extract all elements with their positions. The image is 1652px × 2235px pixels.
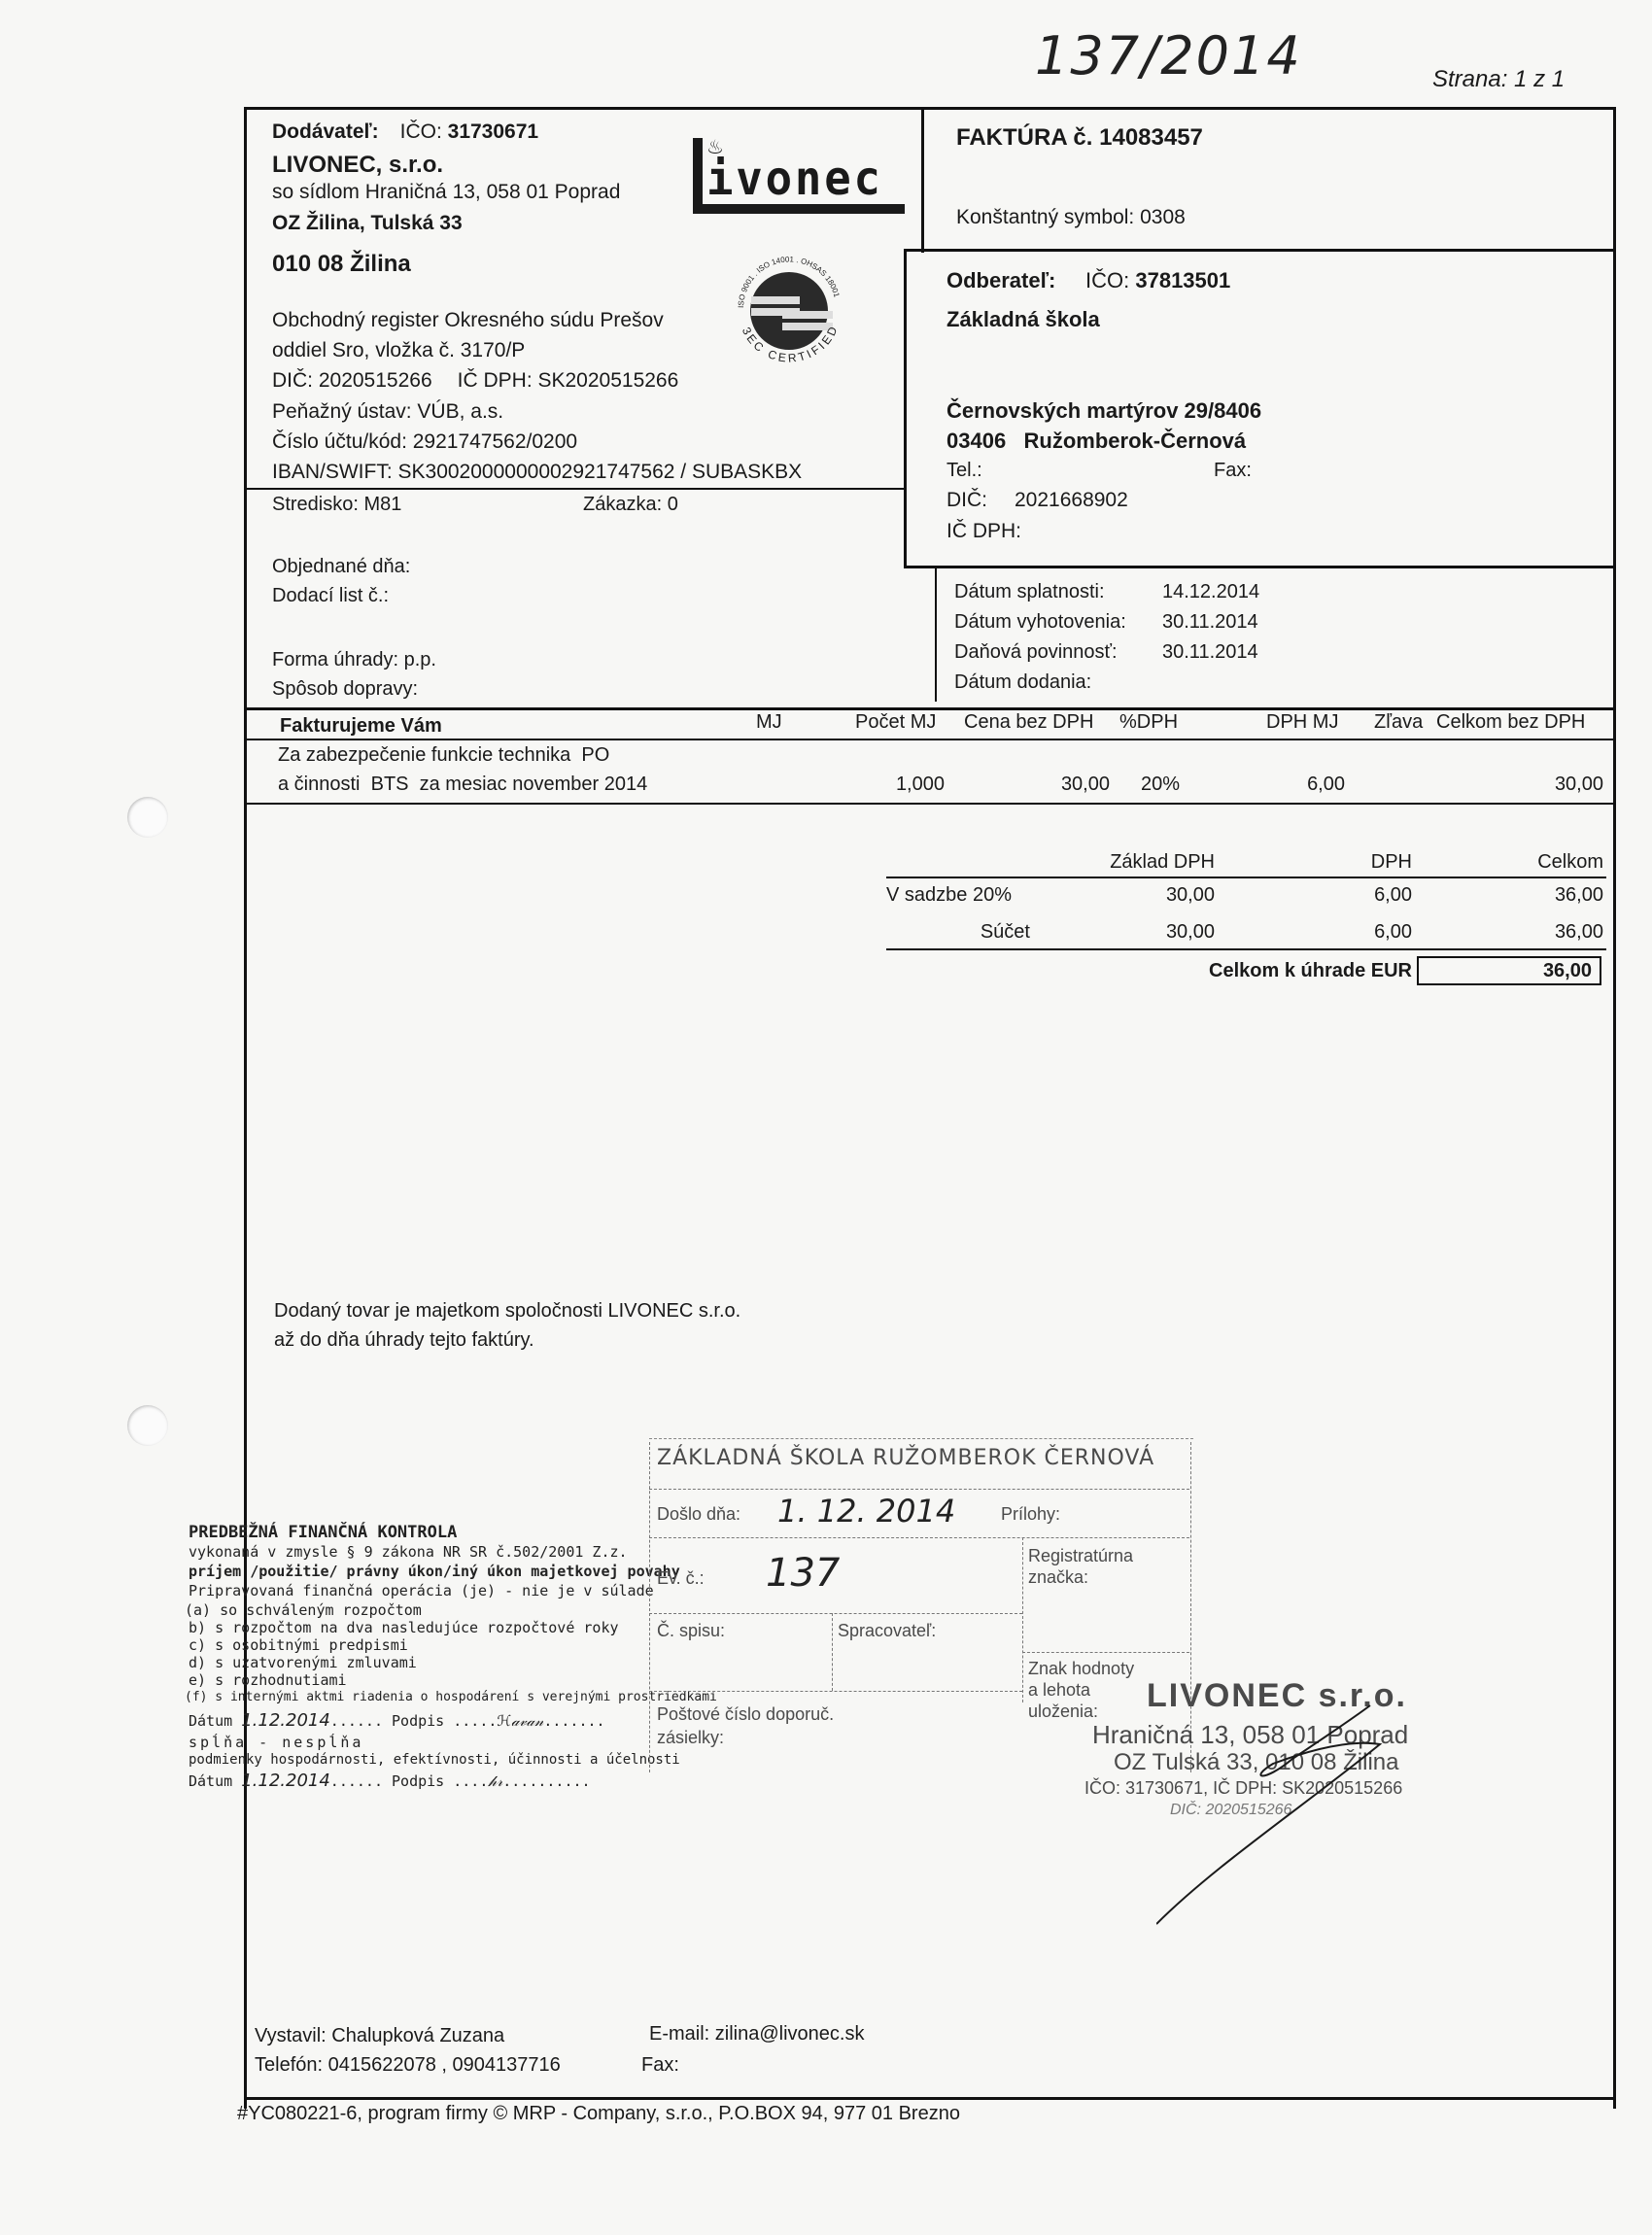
item-description-line-2: a činnosti BTS za mesiac november 2014 <box>278 774 647 796</box>
delivery-date-label: Dátum dodania: <box>954 671 1091 694</box>
signature-2: 𝒽𝓇 <box>488 1772 502 1790</box>
item-vat-mj: 6,00 <box>1263 774 1345 796</box>
control-item-d: d) s uzatvorenými zmluvami <box>189 1654 417 1671</box>
summary-sum-vat: 6,00 <box>1263 921 1412 944</box>
supplier-city: 010 08 Žilina <box>272 251 411 278</box>
received-date: 1. 12. 2014 <box>777 1493 955 1530</box>
control-date-2: Dátum 1.12.2014...... Podpis ....𝒽𝓇.....… <box>189 1772 591 1790</box>
supplier-bank: Peňažný ústav: VÚB, a.s. <box>272 400 503 424</box>
frame-bottom-border <box>244 2097 1616 2100</box>
software-footer: #YC080221-6, program firmy © MRP - Compa… <box>237 2103 960 2125</box>
items-header-bottom-border <box>244 739 1616 740</box>
control-line-4: spĺňa - nespĺňa <box>189 1734 363 1751</box>
customer-label: Odberateľ: <box>946 268 1055 293</box>
control-item-a: (a) so schváleným rozpočtom <box>185 1601 422 1619</box>
payment-method: Forma úhrady: p.p. <box>272 649 436 671</box>
due-date-label: Dátum splatnosti: <box>954 581 1105 603</box>
control-line-5: podmienky hospodárnosti, efektívnosti, ú… <box>189 1751 680 1769</box>
supplier-branch: OZ Žilina, Tulská 33 <box>272 212 463 235</box>
customer-name: Základná škola <box>946 307 1100 332</box>
summary-rate-vat: 6,00 <box>1263 884 1412 907</box>
item-vat-pct: 20% <box>1141 774 1180 796</box>
attachments-label: Prílohy: <box>1001 1504 1060 1525</box>
ev-label: Ev. č.: <box>657 1568 705 1589</box>
tax-date-value: 30.11.2014 <box>1162 641 1258 664</box>
registry-mark-label: Registratúrna značka: <box>1028 1545 1145 1588</box>
summary-rate-base: 30,00 <box>1020 884 1215 907</box>
issuer-fax: Fax: <box>641 2054 679 2077</box>
frame-top-border <box>244 107 1616 110</box>
summary-rate-total: 36,00 <box>1458 884 1603 907</box>
summary-sum-label: Súčet <box>886 921 1030 944</box>
item-description-line-1: Za zabezpečenie funkcie technika PO <box>278 744 609 767</box>
constant-symbol: Konštantný symbol: 0308 <box>956 206 1186 229</box>
punch-hole <box>127 797 168 838</box>
item-total: 30,00 <box>1458 774 1603 796</box>
postal-label: Poštové číslo doporuč. zásielky: <box>657 1702 842 1749</box>
customer-fax: Fax: <box>1214 460 1252 482</box>
signature-stroke <box>1156 1701 1390 1934</box>
summary-header-rule <box>886 877 1606 878</box>
dates-box-left-border <box>935 566 937 702</box>
control-item-f: (f) s internými aktmi riadenia o hospodá… <box>185 1689 717 1706</box>
issuer-phone: Telefón: 0415622078 , 0904137716 <box>255 2054 561 2077</box>
order-number: Zákazka: 0 <box>583 494 678 516</box>
control-item-c: c) s osobitnými predpismi <box>189 1636 408 1654</box>
supplier-name: LIVONEC, s.r.o. <box>272 152 443 179</box>
control-date-1: Dátum 1.12.2014...... Podpis .....ℋ𝒶𝓋𝒶𝓃.… <box>189 1712 605 1730</box>
supplier-register-1: Obchodný register Okresného súdu Prešov <box>272 309 664 332</box>
control-line-2: príjem /použitie/ právny úkon/iný úkon m… <box>189 1563 680 1580</box>
items-header-top-border <box>244 707 1616 710</box>
col-header-price: Cena bez DPH <box>964 711 1093 734</box>
issuer-email: E-mail: zilina@livonec.sk <box>649 2023 864 2046</box>
customer-city: 03406 Ružomberok-Černová <box>946 429 1246 454</box>
control-title: PREDBEŽNÁ FINANČNÁ KONTROLA <box>189 1524 457 1541</box>
control-line-1: vykonaná v zmysle § 9 zákona NR SR č.502… <box>189 1543 628 1561</box>
summary-header-base: Základ DPH <box>1020 851 1215 874</box>
supplier-account: Číslo účtu/kód: 2921747562/0200 <box>272 430 577 454</box>
handwritten-registry-number: 137/2014 <box>1035 25 1302 86</box>
col-header-qty: Počet MJ <box>855 711 936 734</box>
supplier-block-separator <box>244 488 907 490</box>
ownership-note-line-2: až do dňa úhrady tejto faktúry. <box>274 1329 534 1352</box>
issued-by: Vystavil: Chalupková Zuzana <box>255 2025 504 2047</box>
ownership-note-line-1: Dodaný tovar je majetkom spoločnosti LIV… <box>274 1300 740 1323</box>
customer-tel: Tel.: <box>946 460 982 482</box>
livonec-logo: ♨ ivonec <box>693 138 905 214</box>
summary-total-rule <box>886 948 1606 950</box>
control-item-b: b) s rozpočtom na dva nasledujúce rozpoč… <box>189 1619 619 1636</box>
control-item-e: e) s rozhodnutiami <box>189 1671 347 1689</box>
issue-date-value: 30.11.2014 <box>1162 611 1258 634</box>
supplier-seat: so sídlom Hraničná 13, 058 01 Poprad <box>272 181 620 204</box>
issue-date-label: Dátum vyhotovenia: <box>954 611 1126 634</box>
summary-header-vat: DPH <box>1263 851 1412 874</box>
invoice-box-left-border <box>921 107 924 253</box>
item-qty: 1,000 <box>855 774 945 796</box>
supplier-label: Dodávateľ:IČO: 31730671 <box>272 120 538 144</box>
punch-hole <box>127 1405 168 1446</box>
due-date-value: 14.12.2014 <box>1162 581 1259 603</box>
delivery-note: Dodací list č.: <box>272 585 389 607</box>
summary-rate-label: V sadzbe 20% <box>886 884 1012 907</box>
signature-1: ℋ𝒶𝓋𝒶𝓃 <box>497 1712 543 1730</box>
col-header-discount: Zľava <box>1374 711 1423 734</box>
certification-seal-icon: ISO 9001 . ISO 14001 . OHSAS 18001 3EC C… <box>724 243 855 374</box>
invoice-box-bottom-border <box>904 249 1616 252</box>
customer-box-left-border <box>904 249 907 567</box>
control-line-3: Pripravovaná finančná operácia (je) - ni… <box>189 1582 654 1599</box>
amount-due-label: Celkom k úhrade EUR <box>1069 960 1412 982</box>
summary-header-total: Celkom <box>1458 851 1603 874</box>
supplier-register-2: oddiel Sro, vložka č. 3170/P <box>272 339 525 362</box>
ev-number: 137 <box>766 1551 840 1596</box>
tax-date-label: Daňová povinnosť: <box>954 641 1118 664</box>
supplier-iban: IBAN/SWIFT: SK3002000000002921747562 / S… <box>272 461 802 484</box>
cost-center: Stredisko: M81 <box>272 494 401 516</box>
items-body-bottom-border <box>244 803 1616 805</box>
supplier-tax-ids: DIČ: 2020515266IČ DPH: SK2020515266 <box>272 369 678 393</box>
frame-left-border <box>244 107 247 2109</box>
frame-right-border <box>1613 107 1616 2109</box>
customer-dic: DIČ:2021668902 <box>946 489 1128 512</box>
summary-sum-total: 36,00 <box>1458 921 1603 944</box>
customer-box-bottom-border <box>904 566 1616 568</box>
ordered-date: Objednané dňa: <box>272 556 410 578</box>
customer-ic-dph: IČ DPH: <box>946 520 1021 543</box>
customer-street: Černovských martýrov 29/8406 <box>946 398 1261 424</box>
customer-ico: IČO: 37813501 <box>1085 268 1230 293</box>
transport-method: Spôsob dopravy: <box>272 678 418 701</box>
col-header-vat-pct: %DPH <box>1119 711 1178 734</box>
amount-due-value: 36,00 <box>1417 956 1601 985</box>
processor-label: Spracovateľ: <box>838 1621 936 1641</box>
summary-sum-base: 30,00 <box>1020 921 1215 944</box>
col-header-description: Fakturujeme Vám <box>280 715 442 738</box>
item-price: 30,00 <box>972 774 1110 796</box>
col-header-total: Celkom bez DPH <box>1436 711 1585 734</box>
col-header-vat-mj: DPH MJ <box>1266 711 1338 734</box>
received-label: Došlo dňa: <box>657 1504 740 1525</box>
page-number: Strana: 1 z 1 <box>1432 66 1565 93</box>
retention-label: Znak hodnoty a lehota uloženia: <box>1028 1658 1145 1722</box>
file-no-label: Č. spisu: <box>657 1621 725 1641</box>
invoice-title: FAKTÚRA č. 14083457 <box>956 124 1203 152</box>
col-header-mj: MJ <box>756 711 782 734</box>
